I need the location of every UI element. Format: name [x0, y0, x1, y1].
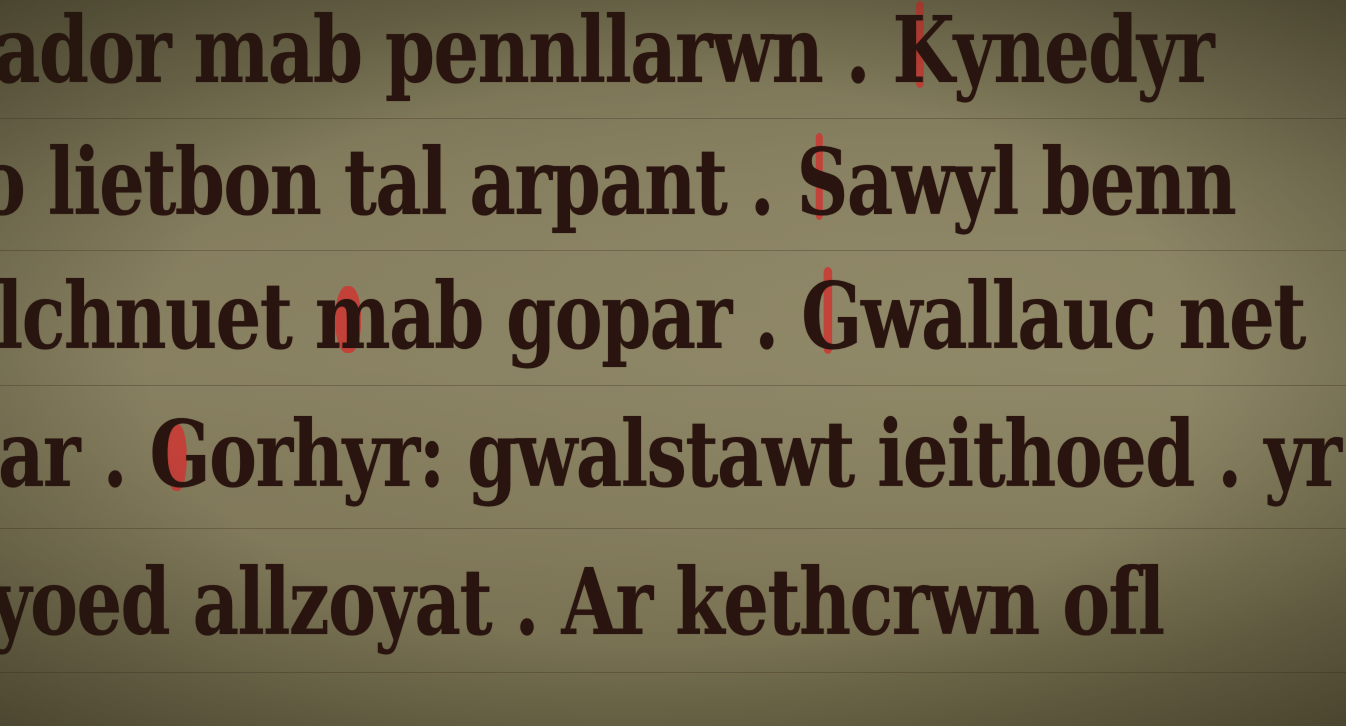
ruling-line — [0, 385, 1346, 386]
initial-glyph: G — [149, 400, 209, 508]
rubricated-initial-g: G — [801, 262, 861, 370]
text-line-4: ar . Gorhyr: gwalstawt ieithoed . yr — [0, 400, 1341, 508]
text-line-5-pre: yoed allzoyat . Ar kethcrwn ofl — [0, 548, 1164, 656]
text-line-3-pre: lchnuet — [0, 262, 315, 370]
rubricated-initial-s: S — [797, 128, 847, 236]
text-line-5: yoed allzoyat . Ar kethcrwn ofl — [0, 548, 1164, 656]
text-line-2-pre: o lietbon tal arpant . — [0, 128, 797, 236]
text-line-2-post: awyl benn — [847, 128, 1235, 236]
text-line-1-post: ynedyr — [953, 0, 1213, 104]
initial-glyph: S — [797, 128, 847, 236]
rubricated-initial-k: K — [892, 0, 953, 104]
rubricated-letter-m: m — [315, 262, 389, 370]
text-line-4-pre: ar . — [0, 400, 149, 508]
text-line-4-post: orhyr: gwalstawt ieithoed . yr — [209, 400, 1340, 508]
manuscript-page: ador mab pennllarwn . Kynedyr o lietbon … — [0, 0, 1346, 726]
ruling-line — [0, 118, 1346, 119]
ruling-line — [0, 528, 1346, 529]
text-line-3-mid: ab gopar . — [389, 262, 801, 370]
initial-glyph: K — [892, 0, 953, 104]
rubricated-initial-g-large: G — [149, 400, 209, 508]
initial-glyph: G — [801, 262, 861, 370]
text-line-2: o lietbon tal arpant . Sawyl benn — [0, 128, 1235, 236]
text-line-3: lchnuet mab gopar . Gwallauc net — [0, 262, 1305, 370]
ruling-line — [0, 250, 1346, 251]
ruling-line — [0, 672, 1346, 673]
text-line-1-pre: ador mab pennllarwn . — [0, 0, 892, 104]
text-line-1: ador mab pennllarwn . Kynedyr — [0, 0, 1213, 104]
initial-glyph: m — [315, 262, 389, 370]
text-line-3-post: wallauc net — [861, 262, 1305, 370]
